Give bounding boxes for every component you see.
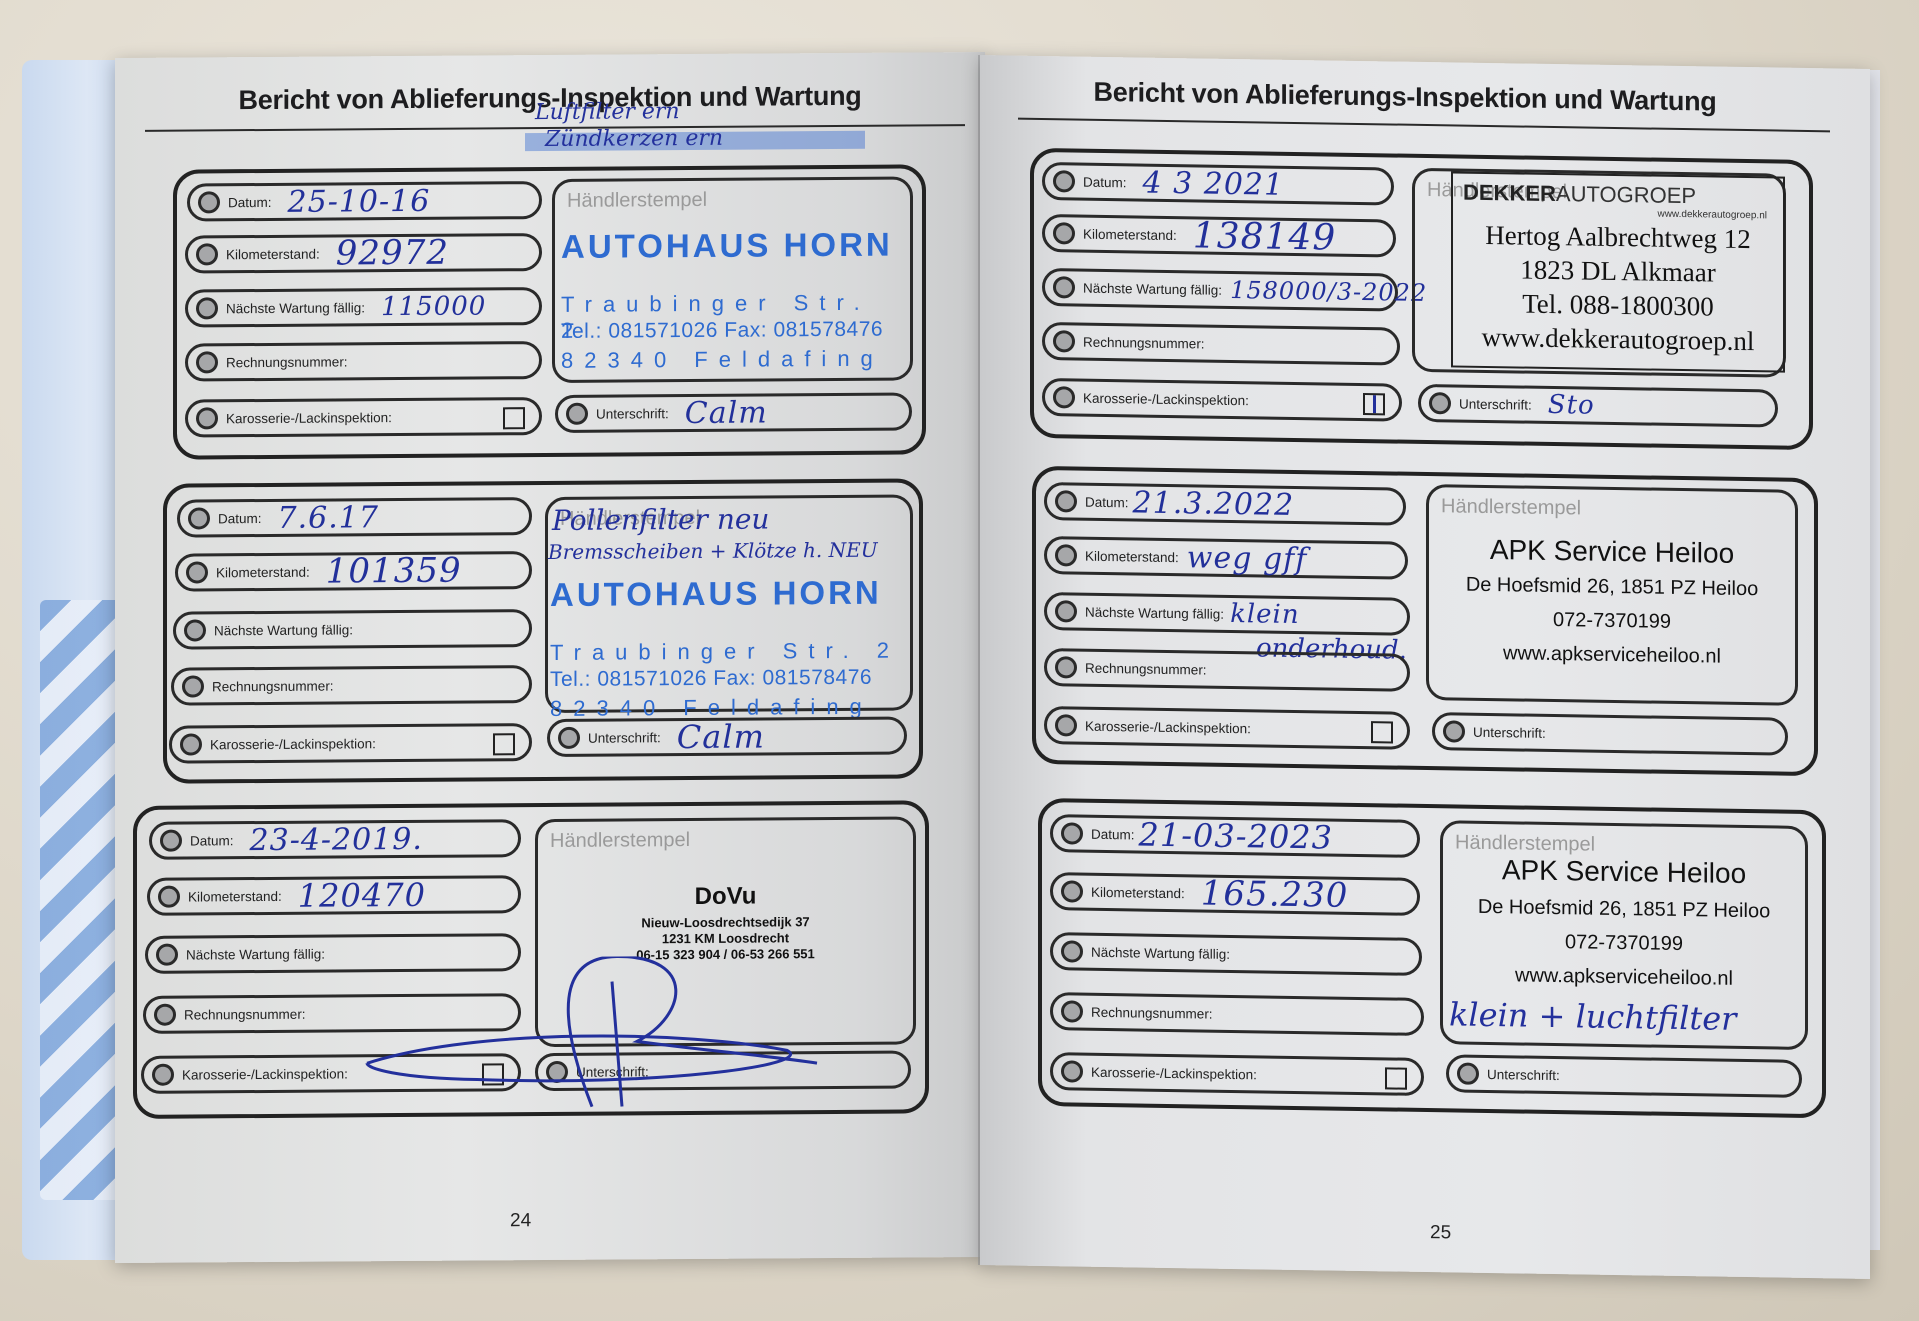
invoice-label: Rechnungsnummer:	[1085, 660, 1207, 677]
body-paint-label: Karosserie-/Lackinspektion:	[210, 736, 376, 752]
body-paint-label: Karosserie-/Lackinspektion:	[182, 1066, 348, 1082]
mileage-field[interactable]: Kilometerstand: 138149	[1042, 214, 1396, 258]
signature-field[interactable]: Unterschrift: Calm	[547, 717, 907, 758]
next-service-field[interactable]: Nächste Wartung fällig:	[1050, 932, 1422, 976]
stamp-street: Nieuw-Loosdrechtsedijk 37	[538, 913, 913, 931]
next-service-field[interactable]: Nächste Wartung fällig: klein	[1044, 592, 1410, 636]
dekker-logo: DEKKERAUTOGROEP	[1463, 180, 1696, 210]
header-note-1: Luftfilter ern	[535, 99, 680, 125]
stamp-city: 82340 Feldafing	[561, 346, 884, 374]
signature-label: Unterschrift:	[1459, 396, 1532, 412]
signature-value: Calm	[685, 395, 768, 431]
signature-value: Calm	[677, 717, 765, 756]
signature-label: Unterschrift:	[588, 730, 661, 746]
bullet-icon	[1061, 880, 1083, 902]
next-service-label: Nächste Wartung fällig:	[1083, 280, 1222, 297]
bullet-icon	[196, 351, 218, 373]
service-entry-5: Datum: 21.3.2022 Kilometerstand: weg gff…	[1032, 466, 1818, 776]
next-service-label: Nächste Wartung fällig:	[226, 300, 365, 316]
bullet-icon	[558, 727, 580, 749]
next-service-value: klein	[1230, 599, 1300, 630]
mileage-label: Kilometerstand:	[1085, 548, 1179, 564]
date-value: 21.3.2022	[1133, 485, 1295, 523]
body-paint-field[interactable]: Karosserie-/Lackinspektion:	[169, 723, 532, 764]
bullet-icon	[198, 191, 220, 213]
date-field[interactable]: Datum: 23-4-2019.	[149, 819, 521, 860]
service-entry-3: Datum: 23-4-2019. Kilometerstand: 120470…	[133, 800, 929, 1119]
bullet-icon	[1061, 940, 1083, 962]
service-entry-6: Datum: 21-03-2023 Kilometerstand: 165.23…	[1038, 798, 1826, 1118]
mileage-label: Kilometerstand:	[1091, 884, 1185, 900]
next-service-field[interactable]: Nächste Wartung fällig: 115000	[185, 287, 542, 327]
bullet-icon	[1061, 1000, 1083, 1022]
invoice-label: Rechnungsnummer:	[1091, 1004, 1213, 1021]
left-page: Bericht von Ablieferungs-Inspektion und …	[115, 52, 985, 1263]
invoice-label: Rechnungsnummer:	[226, 354, 348, 370]
page-number: 24	[510, 1210, 531, 1232]
body-paint-label: Karosserie-/Lackinspektion:	[226, 410, 392, 426]
dekker-stamp-frame: DEKKERAUTOGROEP www.dekkerautogroep.nl H…	[1451, 171, 1785, 372]
body-paint-label: Karosserie-/Lackinspektion:	[1083, 390, 1249, 408]
invoice-label: Rechnungsnummer:	[184, 1006, 306, 1022]
mileage-field[interactable]: Kilometerstand: 120470	[147, 875, 521, 916]
bullet-icon	[1061, 822, 1083, 844]
bullet-icon	[188, 507, 210, 529]
handwritten-note-1: Pollenfilter neu	[552, 502, 769, 537]
handwritten-note-2: Bremsscheiben + Klötze h. NEU	[548, 538, 878, 564]
bullet-icon	[1443, 720, 1465, 742]
dealer-stamp-box: Händlerstempel APK Service Heiloo De Hoe…	[1440, 820, 1808, 1050]
dealer-stamp-box: Händlerstempel AUTOHAUS HORN Traubinger …	[552, 176, 913, 383]
stamp-label: Händlerstempel	[550, 829, 690, 853]
bullet-icon	[1055, 600, 1077, 622]
body-paint-checkbox[interactable]	[1385, 1067, 1407, 1089]
bullet-icon	[1053, 330, 1075, 352]
bullet-icon	[186, 561, 208, 583]
stamp-label: Händlerstempel	[567, 189, 707, 213]
stamp-label: Händlerstempel	[1441, 495, 1581, 520]
body-paint-field[interactable]: Karosserie-/Lackinspektion:	[1042, 378, 1402, 422]
date-field[interactable]: Datum: 7.6.17	[177, 497, 532, 537]
body-paint-field[interactable]: Karosserie-/Lackinspektion:	[185, 397, 542, 437]
stamp-street: Traubinger Str. 2	[550, 638, 900, 666]
next-service-value: 115000	[381, 291, 486, 322]
bullet-icon	[152, 1064, 174, 1086]
signature-label: Unterschrift:	[596, 406, 669, 422]
body-paint-checkbox[interactable]	[503, 407, 525, 429]
bullet-icon	[184, 619, 206, 641]
next-service-field[interactable]: Nächste Wartung fällig: 158000/3-2022	[1042, 268, 1398, 312]
service-entry-1: Datum: 25-10-16 Kilometerstand: 92972 Nä…	[173, 164, 926, 459]
bullet-icon	[196, 243, 218, 265]
handwritten-note: klein + luchtfilter	[1449, 995, 1736, 1038]
bullet-icon	[196, 407, 218, 429]
mileage-value: 165.230	[1201, 873, 1349, 915]
page-number: 25	[1430, 1222, 1451, 1244]
bullet-icon	[1061, 1060, 1083, 1082]
bullet-icon	[1429, 392, 1451, 414]
bullet-icon	[566, 403, 588, 425]
stamp-phone: Tel. 088-1800300	[1453, 287, 1783, 323]
date-field[interactable]: Datum: 21-03-2023	[1050, 814, 1420, 858]
invoice-label: Rechnungsnummer:	[1083, 334, 1205, 351]
date-value: 7.6.17	[278, 500, 379, 536]
next-service-label: Nächste Wartung fällig:	[1085, 604, 1224, 621]
date-label: Datum:	[218, 511, 262, 526]
bullet-icon	[158, 886, 180, 908]
dealer-stamp-box: Händlerstempel APK Service Heiloo De Hoe…	[1426, 484, 1798, 706]
stamp-dealer-name: APK Service Heiloo	[1429, 533, 1795, 571]
stamp-phone: 072-7370199	[1429, 607, 1795, 636]
mileage-field[interactable]: Kilometerstand: weg gff	[1044, 536, 1408, 580]
invoice-field[interactable]: Rechnungsnummer:	[171, 665, 532, 706]
stamp-street: Hertog Aalbrechtweg 12	[1453, 219, 1783, 255]
signature-label: Unterschrift:	[1473, 724, 1546, 740]
header-note-2: Zündkerzen ern	[545, 126, 723, 152]
stamp-dealer-name: APK Service Heiloo	[1443, 853, 1805, 891]
date-label: Datum:	[190, 833, 234, 848]
bullet-icon	[1055, 544, 1077, 566]
stamp-city: 1231 KM Loosdrecht	[538, 929, 913, 947]
bullet-icon	[154, 1004, 176, 1026]
signature-field[interactable]: Unterschrift: Sto	[1418, 384, 1778, 428]
date-field[interactable]: Datum: 25-10-16	[187, 181, 542, 221]
mileage-value: weg gff	[1187, 540, 1308, 577]
date-label: Datum:	[1083, 174, 1127, 190]
mileage-label: Kilometerstand:	[226, 246, 320, 262]
body-paint-field[interactable]: Karosserie-/Lackinspektion:	[1044, 706, 1410, 750]
invoice-label: Rechnungsnummer:	[212, 678, 334, 694]
bullet-icon	[1055, 714, 1077, 736]
date-value: 4 3 2021	[1143, 165, 1285, 202]
body-paint-field[interactable]: Karosserie-/Lackinspektion:	[1050, 1052, 1424, 1096]
bullet-icon	[1055, 656, 1077, 678]
body-paint-checkbox[interactable]	[493, 733, 515, 755]
stamp-url: www.apkserviceheiloo.nl	[1429, 641, 1795, 670]
date-value: 25-10-16	[288, 183, 431, 219]
body-paint-checkbox-checked[interactable]	[1363, 393, 1385, 415]
next-service-label: Nächste Wartung fällig:	[186, 946, 325, 962]
bullet-icon	[182, 675, 204, 697]
mileage-label: Kilometerstand:	[188, 888, 282, 904]
right-page: Bericht von Ablieferungs-Inspektion und …	[980, 55, 1870, 1279]
date-value: 21-03-2023	[1139, 815, 1334, 856]
next-service-label: Nächste Wartung fällig:	[214, 622, 353, 638]
bullet-icon	[1053, 276, 1075, 298]
mileage-label: Kilometerstand:	[1083, 226, 1177, 242]
mileage-value: 138149	[1193, 215, 1336, 258]
signature-field[interactable]: Unterschrift:	[1432, 712, 1788, 756]
invoice-field[interactable]: Rechnungsnummer:	[1044, 648, 1410, 692]
stamp-url: www.apkserviceheiloo.nl	[1443, 963, 1805, 992]
stamp-address: De Hoefsmid 26, 1851 PZ Heiloo	[1443, 895, 1805, 924]
stamp-dealer-name: DoVu	[538, 881, 913, 912]
date-field[interactable]: Datum: 4 3 2021	[1042, 162, 1394, 206]
service-entry-4: Datum: 4 3 2021 Kilometerstand: 138149 N…	[1030, 148, 1813, 450]
next-service-label: Nächste Wartung fällig:	[1091, 944, 1230, 961]
signature-label: Unterschrift:	[1487, 1066, 1560, 1082]
bullet-icon	[1053, 386, 1075, 408]
signature-value: Sto	[1548, 390, 1595, 421]
stamp-dealer-name: AUTOHAUS HORN	[550, 574, 882, 614]
mileage-value: 101359	[326, 551, 462, 592]
signature-scribble	[357, 955, 877, 1119]
dekker-small-url: www.dekkerautogroep.nl	[1657, 209, 1767, 222]
bullet-icon	[1055, 490, 1077, 512]
dealer-stamp-box: Händlerstempel Pollenfilter neu Bremssch…	[545, 494, 913, 713]
bullet-icon	[1053, 170, 1075, 192]
mileage-value: 92972	[336, 233, 449, 274]
mileage-field[interactable]: Kilometerstand: 101359	[175, 551, 532, 591]
service-entry-2: Datum: 7.6.17 Kilometerstand: 101359 Näc…	[163, 478, 923, 783]
bullet-icon	[1457, 1063, 1479, 1085]
mileage-value: 120470	[298, 876, 426, 915]
mileage-field[interactable]: Kilometerstand: 165.230	[1050, 872, 1420, 916]
signature-field[interactable]: Unterschrift:	[1446, 1054, 1802, 1098]
bullet-icon	[1053, 222, 1075, 244]
stamp-dealer-name: AUTOHAUS HORN	[561, 226, 893, 266]
date-label: Datum:	[1091, 826, 1135, 842]
stamp-address: De Hoefsmid 26, 1851 PZ Heiloo	[1429, 573, 1795, 602]
date-label: Datum:	[1085, 494, 1129, 510]
next-service-value: 158000/3-2022	[1230, 276, 1427, 307]
stamp-phone: Tel.: 081571026 Fax: 081578476	[550, 666, 872, 692]
stamp-url: www.dekkerautogroep.nl	[1453, 321, 1783, 357]
mileage-label: Kilometerstand:	[216, 564, 310, 580]
signature-field[interactable]: Unterschrift: Calm	[555, 392, 912, 432]
bullet-icon	[196, 297, 218, 319]
invoice-field[interactable]: Rechnungsnummer:	[1050, 992, 1424, 1036]
body-paint-label: Karosserie-/Lackinspektion:	[1085, 718, 1251, 736]
body-paint-checkbox[interactable]	[1371, 721, 1393, 743]
bullet-icon	[180, 733, 202, 755]
stamp-city: 1823 DL Alkmaar	[1453, 253, 1783, 289]
invoice-field[interactable]: Rechnungsnummer:	[1042, 322, 1400, 366]
date-value: 23-4-2019.	[250, 821, 423, 857]
invoice-field[interactable]: Rechnungsnummer:	[185, 341, 542, 381]
stamp-phone: Tel.: 081571026 Fax: 081578476	[561, 318, 883, 344]
next-service-field[interactable]: Nächste Wartung fällig:	[173, 609, 532, 650]
bullet-icon	[156, 944, 178, 966]
date-label: Datum:	[228, 194, 272, 209]
title-rule	[1018, 118, 1830, 133]
mileage-field[interactable]: Kilometerstand: 92972	[185, 233, 542, 273]
dealer-stamp-box: Händlerstempel DEKKERAUTOGROEP www.dekke…	[1412, 168, 1786, 378]
stamp-phone: 072-7370199	[1443, 929, 1805, 958]
date-field[interactable]: Datum: 21.3.2022	[1044, 482, 1406, 526]
bullet-icon	[160, 830, 182, 852]
page-title: Bericht von Ablieferungs-Inspektion und …	[940, 74, 1870, 120]
body-paint-label: Karosserie-/Lackinspektion:	[1091, 1064, 1257, 1082]
